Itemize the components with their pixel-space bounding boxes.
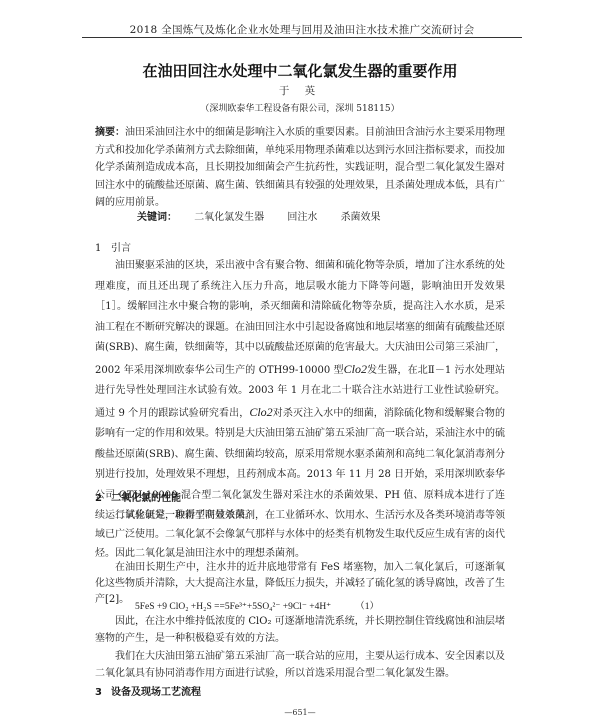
keywords: 关键词： 二氧化氯发生器 回注水 杀菌效果 (137, 208, 401, 223)
author-name: 于 英 (0, 83, 600, 98)
section-title: 设备及现场工艺流程 (111, 687, 201, 698)
keyword: 回注水 (287, 212, 317, 223)
keywords-label: 关键词： (137, 212, 177, 223)
page-number: —651— (0, 708, 600, 717)
paragraph-text: 二氧化氯是一种新型高效杀菌剂，在工业循环水、饮用水、生活污水及各类环境消毒等领域… (95, 510, 505, 559)
chemical-equation: 5FeS +9 ClO₂ +H₂S ==5Fe³⁺+5SO₄²⁻ +9Cl⁻ +… (135, 598, 379, 612)
equation-number: （1） (355, 602, 379, 612)
section-1-paragraph: 油田聚驱采油的区块，采出液中含有聚合物、细菌和硫化物等杂质，增加了注水系统的处理… (95, 256, 505, 527)
section-number: 2 (95, 493, 111, 504)
paragraph-text: 油田聚驱采油的区块，采出液中含有聚合物、细菌和硫化物等杂质，增加了注水系统的处理… (95, 260, 505, 376)
keyword: 二氧化氯发生器 (194, 212, 264, 223)
clo2-formula: Clo2 (249, 405, 272, 419)
keyword: 杀菌效果 (341, 212, 381, 223)
header-rule (82, 37, 522, 38)
section-title: 引言 (111, 243, 131, 254)
section-title: 二氧化氯的性能 (111, 493, 181, 504)
section-2-paragraph-1: 二氧化氯是一种新型高效杀菌剂，在工业循环水、饮用水、生活污水及各类环境消毒等领域… (95, 506, 505, 563)
abstract-label: 摘要： (95, 127, 125, 138)
abstract: 摘要：油田采油回注水中的细菌是影响注入水质的重要因素。目前油田含油污水主要采用物… (95, 124, 505, 212)
abstract-text: 油田采油回注水中的细菌是影响注入水质的重要因素。目前油田含油污水主要采用物理方式… (95, 127, 505, 208)
paper-page: 2018 全国炼气及炼化企业水处理与回用及油田注水技术推广交流研讨会 在油田回注… (0, 0, 600, 724)
equation-text: 5FeS +9 ClO₂ +H₂S ==5Fe³⁺+5SO₄²⁻ +9Cl⁻ +… (135, 602, 331, 612)
section-heading-2: 2二氧化氯的性能 (95, 489, 181, 504)
paragraph-text: 因此，在注水中维持低浓度的 ClO₂ 可逐渐地清洗系统，并长期控制住管线腐蚀和油… (95, 616, 505, 644)
section-heading-3: 3设备及现场工艺流程 (95, 683, 201, 698)
section-number: 3 (95, 687, 111, 698)
section-number: 1 (95, 243, 111, 254)
section-2-paragraph-4: 我们在大庆油田第五油矿第五采油厂高一联合站的应用，主要从运行成本、安全因素以及二… (95, 648, 505, 682)
running-header: 2018 全国炼气及炼化企业水处理与回用及油田注水技术推广交流研讨会 (82, 22, 522, 37)
clo2-formula: Clo2 (344, 362, 367, 376)
section-2-paragraph-3: 因此，在注水中维持低浓度的 ClO₂ 可逐渐地清洗系统，并长期控制住管线腐蚀和油… (95, 613, 505, 647)
section-heading-1: 1引言 (95, 239, 131, 254)
author-affiliation: （深圳欧泰华工程设备有限公司，深圳 518115） (0, 101, 600, 114)
paper-title: 在油田回注水处理中二氧化氯发生器的重要作用 (0, 60, 600, 81)
paragraph-text: 我们在大庆油田第五油矿第五采油厂高一联合站的应用，主要从运行成本、安全因素以及二… (95, 651, 505, 679)
